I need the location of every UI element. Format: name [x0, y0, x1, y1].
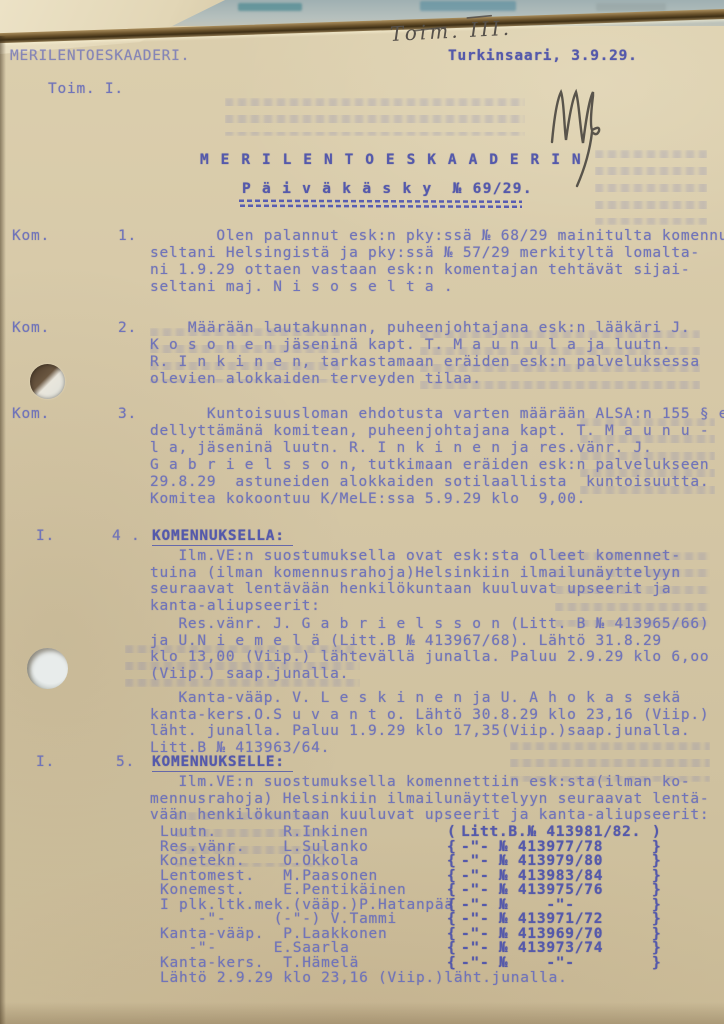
subtitle-underline	[239, 200, 522, 209]
pencil-signature	[540, 82, 610, 192]
row-brace-close: }	[652, 955, 661, 971]
section-heading: KOMENNUKSELLE:	[152, 754, 293, 772]
office-line: Toim. I.	[48, 81, 124, 97]
row-rank-name: Kanta-kers. T.Hämelä	[160, 955, 359, 971]
entry-line: Komitea kokoontuu K/MeLE:ssa 5.9.29 klo …	[150, 491, 586, 507]
handwritten-note-text: Toim. III.	[389, 16, 512, 46]
row-litt-number: -"- № -"-	[461, 955, 575, 971]
body-line: mennusrahoja) Helsinkiin ilmailunäyttely…	[150, 791, 709, 807]
section-label: I.	[36, 528, 55, 544]
body-line: Res.vänr. J. G a b r i e l s s o n (Litt…	[150, 616, 709, 632]
body-line: vään henkilökuntaan kuuluvat upseerit ja…	[150, 807, 709, 823]
body-line: Ilm.VE:n suostumuksella komennettiin esk…	[150, 774, 690, 790]
entry-line: dellyttämänä komitean, puheenjohtajana k…	[150, 423, 709, 439]
entry-label: Kom.	[12, 228, 50, 244]
body-line: (Viip.) saap.junalla.	[150, 666, 349, 682]
entry-line: l a, jäseninä luutn. R. I n k i n e n ja…	[150, 440, 652, 456]
row-brace-open: {	[447, 955, 456, 971]
body-line: Ilm.VE:n suostumuksella ovat esk:sta oll…	[150, 548, 681, 564]
document-page: Toim. III. MERILENTOESKAADERI. Turkinsaa…	[0, 0, 724, 1024]
body-line: klo 13,00 (Viip.) lähtevällä junalla. Pa…	[150, 649, 709, 665]
body-line: kanta-aliupseerit:	[150, 598, 321, 614]
org-name: MERILENTOESKAADERI.	[10, 48, 190, 64]
handwritten-toim-note: Toim. III.	[388, 12, 518, 52]
body-line: Kanta-vääp. V. L e s k i n e n ja U. A h…	[150, 690, 681, 706]
section-label: I.	[36, 754, 55, 770]
document-subtitle: P ä i v ä k ä s k y № 69/29.	[242, 181, 533, 197]
entry-line: seltani maj. N i s o s e l t a .	[150, 279, 453, 295]
table-footer-line: Lähtö 2.9.29 klo 23,16 (Viip.)läht.junal…	[160, 970, 568, 986]
body-line: tuina (ilman komennusrahoja)Helsinkiin i…	[150, 565, 681, 581]
document-title: M E R I L E N T O E S K A A D E R I N	[200, 152, 582, 168]
entry-number: 1.	[118, 228, 137, 244]
entry-line: olevien alokkaiden terveyden tilaa.	[150, 371, 482, 387]
entry-line: Olen palannut esk:n pky:ssä № 68/29 main…	[150, 228, 724, 244]
entry-line: R. I n k i n e n, tarkastamaan eräiden e…	[150, 354, 700, 370]
entry-line: Määrään lautakunnan, puheenjohtajana esk…	[150, 320, 690, 336]
entry-line: G a b r i e l s s o n, tutkimaan eräiden…	[150, 457, 709, 473]
punch-hole-bottom	[27, 648, 68, 689]
entry-line: K o s o n e n jäseninä kapt. T. M a u n …	[150, 337, 671, 353]
entry-line: seltani Helsingistä ja pky:ssä № 57/29 m…	[150, 245, 700, 261]
entry-number: 3.	[118, 406, 137, 422]
entry-number: 2.	[118, 320, 137, 336]
entry-label: Kom.	[12, 320, 50, 336]
entry-label: Kom.	[12, 406, 50, 422]
entry-line: 29.8.29 astuneiden alokkaiden sotilaalli…	[150, 474, 709, 490]
typewritten-text-layer: MERILENTOESKAADERI. Turkinsaari, 3.9.29.…	[0, 0, 724, 1024]
section-number: 5.	[116, 754, 135, 770]
entry-line: Kuntoisuusloman ehdotusta varten määrään…	[150, 406, 724, 422]
body-line: läht. junalla. Paluu 1.9.29 klo 17,35(Vi…	[150, 723, 690, 739]
section-heading: KOMENNUKSELLA:	[152, 528, 293, 546]
section-number: 4 .	[112, 528, 140, 544]
body-line: seuraavat lentävään henkilökuntaan kuulu…	[150, 581, 671, 597]
body-line: kanta-kers.O.S u v a n t o. Lähtö 30.8.2…	[150, 707, 709, 723]
punch-hole-top	[30, 364, 65, 399]
entry-line: ni 1.9.29 ottaen vastaan esk:n komentaja…	[150, 262, 690, 278]
body-line: ja U.N i e m e l ä (Litt.B № 413967/68).…	[150, 633, 662, 649]
